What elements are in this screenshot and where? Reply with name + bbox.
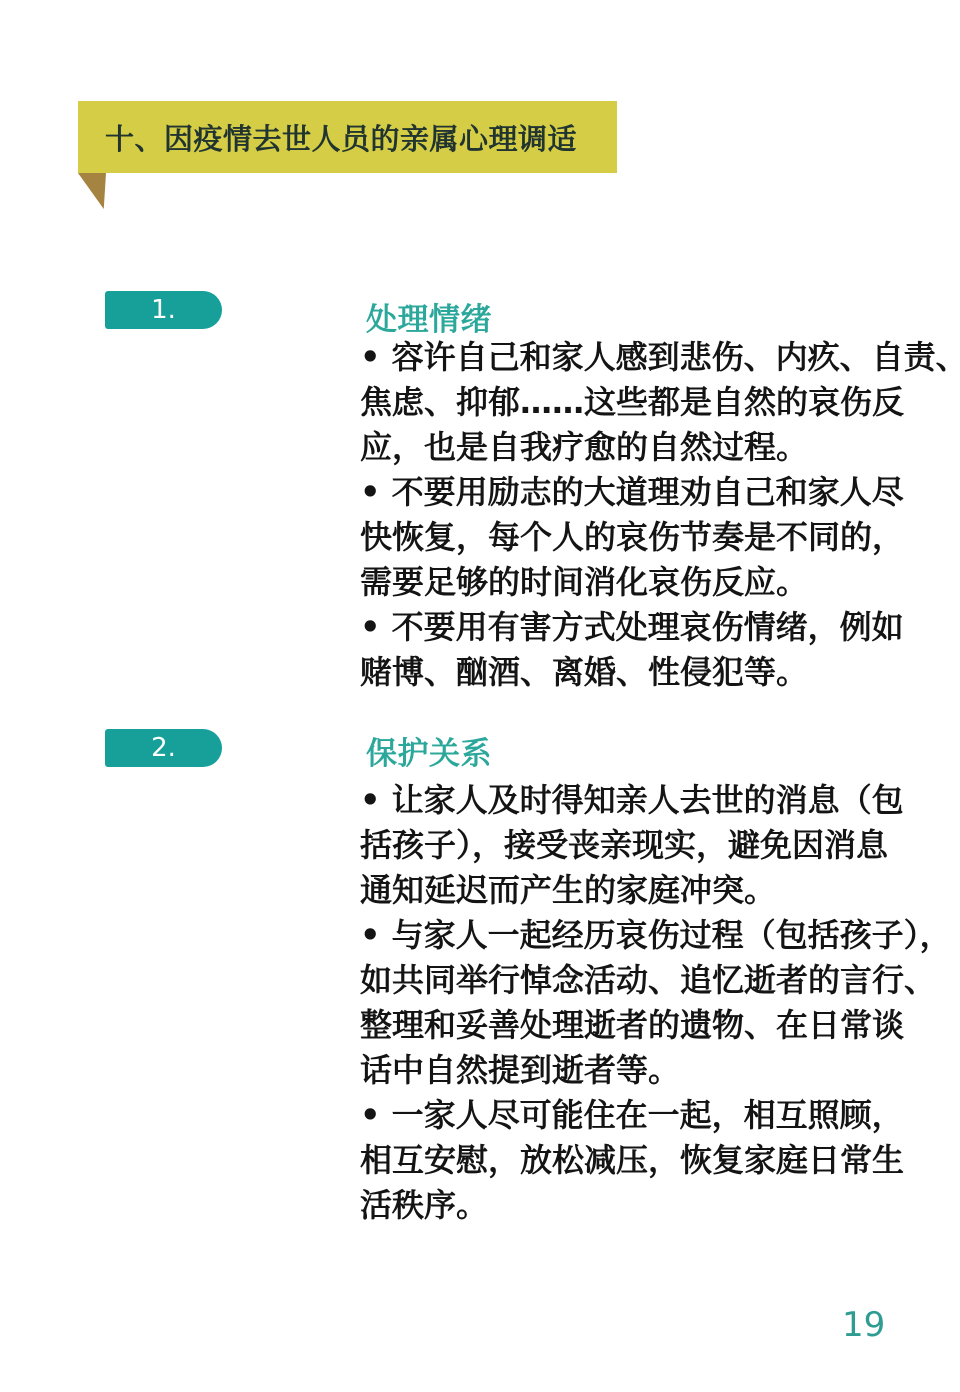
page-title: 十、因疫情去世人员的亲属心理调适 bbox=[105, 117, 577, 158]
section-2-body: • 让家人及时得知亲人去世的消息（包 括孩子），接受丧亲现实，避免因消息 通知延… bbox=[360, 778, 920, 1228]
section-1-heading: 处理情绪 bbox=[366, 294, 492, 339]
section-1-number-badge: 1. bbox=[105, 291, 222, 329]
page-number: 19 bbox=[842, 1305, 885, 1345]
section-1-body: • 容许自己和家人感到悲伤、内疚、自责、 焦虑、抑郁……这些都是自然的哀伤反 应… bbox=[360, 335, 920, 695]
section-2-number-badge: 2. bbox=[105, 729, 222, 767]
banner-fold-triangle bbox=[78, 173, 106, 209]
header-banner: 十、因疫情去世人员的亲属心理调适 bbox=[78, 101, 617, 173]
document-page: 十、因疫情去世人员的亲属心理调适 1. 处理情绪 • 容许自己和家人感到悲伤、内… bbox=[0, 0, 960, 1392]
section-2-heading: 保护关系 bbox=[366, 728, 492, 773]
